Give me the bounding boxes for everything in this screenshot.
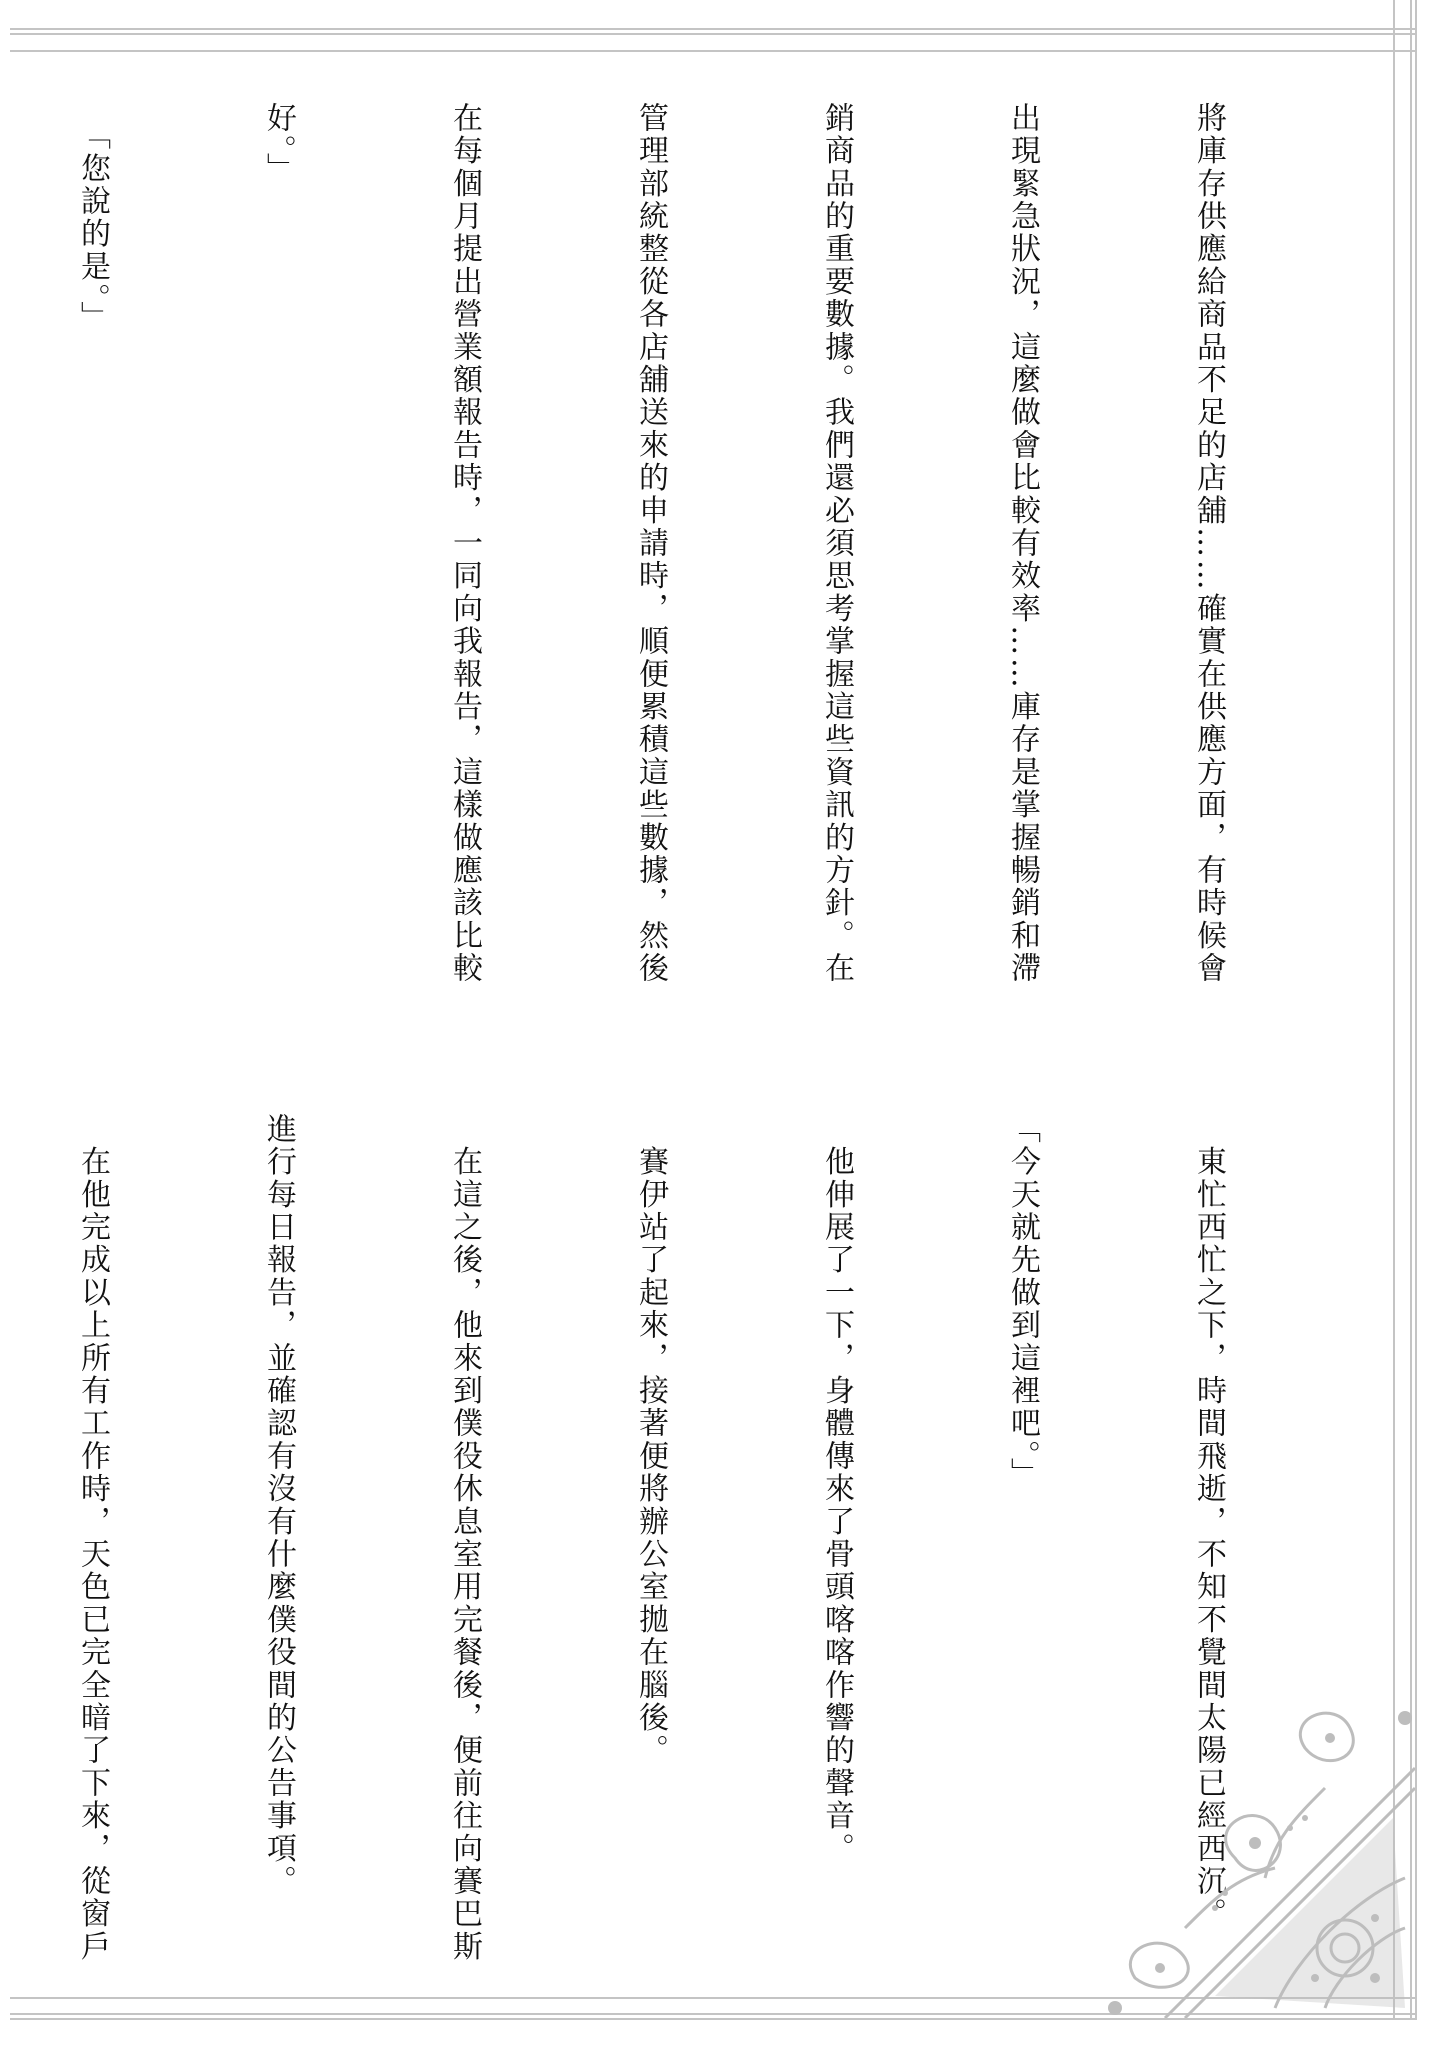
frame-right-line-3 xyxy=(1415,0,1417,2020)
paragraph: 銷商品的重要數據。我們還必須思考掌握這些資訊的方針。在 xyxy=(805,102,867,992)
paragraph: 好。」 xyxy=(247,102,309,992)
paragraph: 在每個月提出營業額報告時，一同向我報告，這樣做應該比較 xyxy=(433,102,495,992)
frame-top-line-2 xyxy=(10,33,1417,35)
paragraph: 在這之後，他來到僕役休息室用完餐後，便前往向賽巴斯 xyxy=(433,1113,495,2003)
frame-top-line-3 xyxy=(10,50,1417,52)
paragraph: 將庫存供應給商品不足的店舖……確實在供應方面，有時候會 xyxy=(1177,102,1239,992)
floral-corner-ornament-icon xyxy=(1075,1678,1415,2018)
frame-bottom-line-3 xyxy=(10,2018,1417,2020)
paragraph: 出現緊急狀況，這麼做會比較有效率……庫存是掌握暢銷和滯 xyxy=(991,102,1053,992)
paragraph: 進行每日報告，並確認有沒有什麼僕役間的公告事項。 xyxy=(247,1113,309,2003)
paragraph: 「今天就先做到這裡吧。」 xyxy=(991,1113,1053,2003)
paragraph: 在他完成以上所有工作時，天色已完全暗了下來，從窗戶 xyxy=(61,1113,123,2003)
paragraph: 賽伊站了起來，接著便將辦公室拋在腦後。 xyxy=(619,1113,681,2003)
frame-top-line-1 xyxy=(10,28,1417,30)
paragraph: 他伸展了一下，身體傳來了骨頭喀喀作響的聲音。 xyxy=(805,1113,867,2003)
paragraph: 「您說的是。」 xyxy=(61,102,123,992)
text-block-top: 將庫存供應給商品不足的店舖……確實在供應方面，有時候會 出現緊急狀況，這麼做會比… xyxy=(123,102,1363,992)
paragraph: 管理部統整從各店舖送來的申請時，順便累積這些數據，然後 xyxy=(619,102,681,992)
